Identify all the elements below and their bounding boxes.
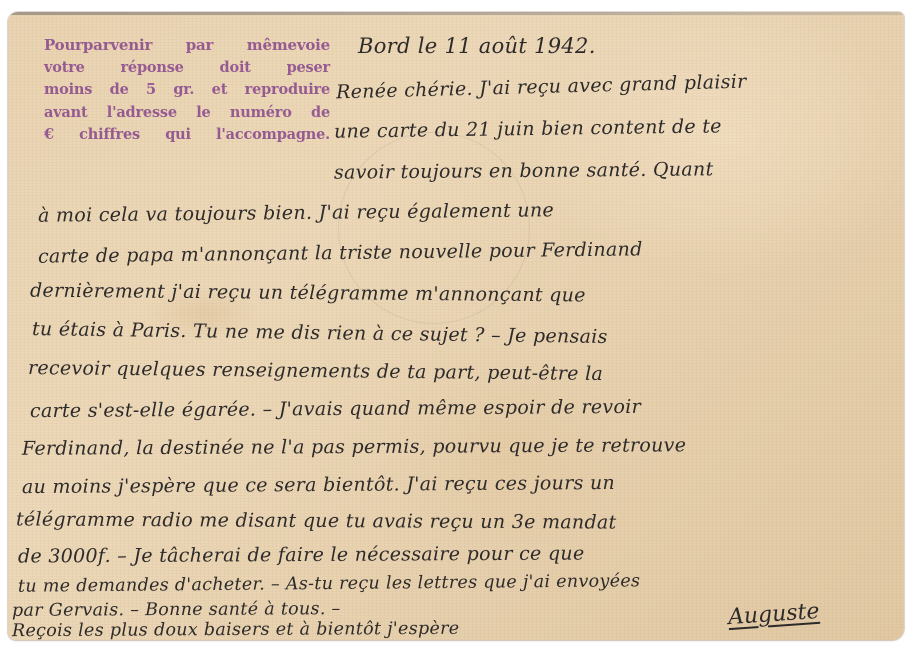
letter-line: Reçois les plus doux baisers et à bientô… <box>12 619 460 640</box>
stamp-line: votre réponse doit peser <box>44 57 330 80</box>
letter-line: tu étais à Paris. Tu ne me dis rien à ce… <box>32 318 608 348</box>
letter-line: carte s'est-elle égarée. – J'avais quand… <box>30 396 641 422</box>
letter-line: par Gervais. – Bonne santé à tous. – <box>12 599 341 621</box>
card-edge <box>8 12 904 15</box>
stamp-line: avant l'adresse le numéro de <box>44 102 330 125</box>
letter-dateline: Bord le 11 août 1942. <box>358 34 596 58</box>
letter-line: Renée chérie. J'ai reçu avec grand plais… <box>336 71 747 104</box>
letter-line: au moins j'espère que ce sera bientôt. J… <box>22 472 615 498</box>
stamp-line: moins de 5 gr. et reproduire <box>44 79 330 102</box>
stamp-line: € chiffres qui l'accompagne. <box>44 124 330 147</box>
letter-line: tu me demandes d'acheter. – As-tu reçu l… <box>18 571 640 596</box>
letter-line: recevoir quelques renseignements de ta p… <box>28 357 603 385</box>
postcard: Pourparvenir par mêmevoie votre réponse … <box>8 12 904 640</box>
letter-line: dernièrement j'ai reçu un télégramme m'a… <box>30 280 586 307</box>
letter-signature: Auguste <box>727 599 820 630</box>
letter-line: Ferdinand, la destinée ne l'a pas permis… <box>22 434 686 459</box>
letter-line: une carte du 21 juin bien content de te <box>334 115 722 142</box>
censorship-stamp: Pourparvenir par mêmevoie votre réponse … <box>44 34 330 147</box>
stamp-line: Pourparvenir par mêmevoie <box>44 34 330 57</box>
letter-line: télégramme radio me disant que tu avais … <box>16 508 617 533</box>
letter-line: carte de papa m'annonçant la triste nouv… <box>38 238 643 267</box>
letter-line: savoir toujours en bonne santé. Quant <box>334 158 714 183</box>
letter-line: de 3000f. – Je tâcherai de faire le néce… <box>18 543 585 568</box>
